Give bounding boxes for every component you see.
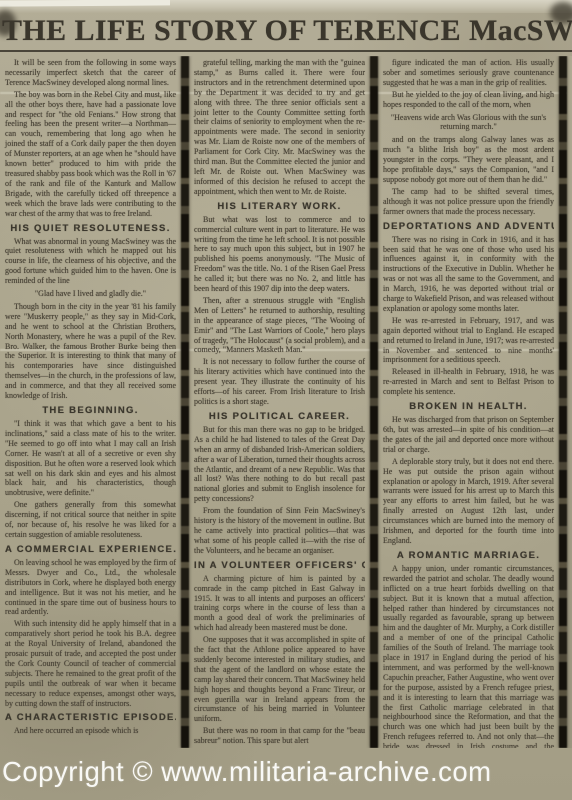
paragraph: But for this man there was no gap to be …: [194, 425, 365, 504]
section-heading: HIS POLITICAL CAREER.: [194, 411, 365, 422]
column-2: grateful telling, marking the man with t…: [189, 56, 370, 748]
column-3: figure indicated the man of action. His …: [378, 56, 559, 748]
section-heading: DEPORTATIONS AND ADVENTURES.: [383, 221, 554, 232]
section-heading: A COMMERCIAL EXPERIENCE..: [5, 544, 176, 555]
column-divider: [559, 56, 567, 748]
paragraph: grateful telling, marking the man with t…: [194, 58, 365, 197]
paragraph: But what was lost to commerce and to com…: [194, 215, 365, 294]
paragraph: Then, after a strenuous struggle with "E…: [194, 296, 365, 355]
paragraph: What was abnormal in young MacSwiney was…: [5, 237, 176, 287]
paragraph: Though born in the city in the year '81 …: [5, 302, 176, 401]
paragraph: figure indicated the man of action. His …: [383, 58, 554, 88]
verse-quote: "Glad have I lived and gladly die.": [5, 288, 176, 300]
paragraph: "I think it was that which gave a bent t…: [5, 419, 176, 498]
paragraph: But he yielded to the joy of clean livin…: [383, 90, 554, 110]
paper-top-edge: [0, 0, 572, 13]
paragraph: It is not necessary to follow further th…: [194, 357, 365, 407]
paragraph: Released in ill-health in February, 1918…: [383, 367, 554, 397]
paragraph: And here occurred an episode which is: [5, 726, 176, 736]
paragraph: and on the tramps along Galway lanes was…: [383, 135, 554, 185]
paragraph: With such intensity did he apply himself…: [5, 619, 176, 708]
section-heading: THE BEGINNING.: [5, 405, 176, 416]
paper-edge: [567, 56, 572, 748]
verse-quote: "Heavens wide arch Was Glorious with the…: [383, 112, 554, 134]
column-1: It will be seen from the following in so…: [0, 56, 181, 748]
section-heading: HIS LITERARY WORK.: [194, 201, 365, 212]
paragraph: A charming picture of him is painted by …: [194, 574, 365, 633]
column-divider: [370, 56, 378, 748]
paragraph: A happy union, under romantic circumstan…: [383, 564, 554, 748]
paragraph: But there was no room in that camp for t…: [194, 726, 365, 746]
paragraph: From the foundation of Sinn Fein MacSwin…: [194, 506, 365, 556]
paragraph: On leaving school he was employed by the…: [5, 558, 176, 617]
section-heading: A CHARACTERISTIC EPISODE.: [5, 712, 176, 723]
section-heading: IN A VOLUNTEER OFFICERS' CAMP.: [194, 560, 365, 571]
section-heading: BROKEN IN HEALTH.: [383, 401, 554, 412]
paragraph: It will be seen from the following in so…: [5, 58, 176, 88]
watermark-text: Copyright © www.militaria-archive.com: [2, 756, 570, 788]
paragraph: One supposes that it was accomplished in…: [194, 635, 365, 724]
section-heading: A ROMANTIC MARRIAGE.: [383, 550, 554, 561]
section-heading: HIS QUIET RESOLUTENESS.: [5, 223, 176, 234]
paragraph: The boy was born in the Rebel City and m…: [5, 90, 176, 219]
paragraph: There was no rising in Cork in 1916, and…: [383, 235, 554, 314]
paragraph: A deplorable story truly, but it does no…: [383, 457, 554, 546]
paragraph: He was discharged from that prison on Se…: [383, 415, 554, 455]
article-columns: It will be seen from the following in so…: [0, 56, 572, 748]
paragraph: One gathers generally from this somewhat…: [5, 500, 176, 540]
article-headline: THE LIFE STORY OF TERENCE MacSWINEY.: [0, 14, 572, 48]
headline-rule: [0, 50, 572, 52]
paper-edge-highlight: [0, 0, 170, 7]
newspaper-scan: THE LIFE STORY OF TERENCE MacSWINEY. It …: [0, 0, 572, 800]
column-divider: [181, 56, 189, 748]
paragraph: He was re-arrested in February, 1917, an…: [383, 316, 554, 366]
paragraph: The camp had to be shifted several times…: [383, 187, 554, 217]
